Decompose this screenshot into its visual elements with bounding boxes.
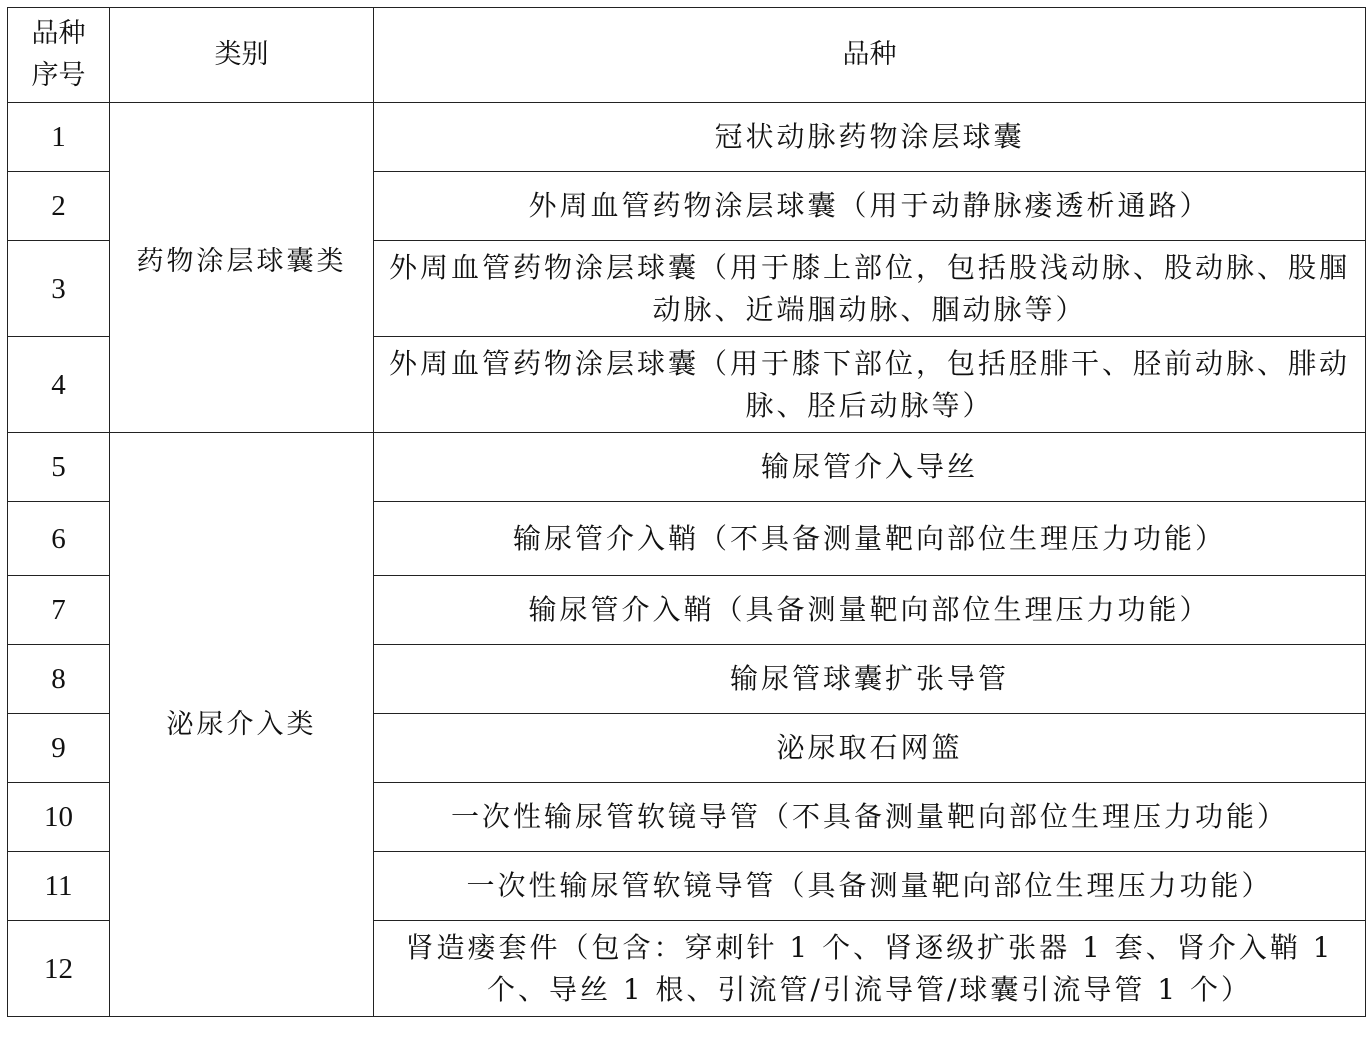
row-variety: 冠状动脉药物涂层球囊 bbox=[374, 103, 1366, 172]
category-cell-drug-coated-balloon: 药物涂层球囊类 bbox=[110, 103, 374, 433]
row-variety: 外周血管药物涂层球囊（用于膝上部位，包括股浅动脉、股动脉、股腘动脉、近端腘动脉、… bbox=[374, 241, 1366, 337]
row-seq: 7 bbox=[8, 576, 110, 645]
header-seq: 品种序号 bbox=[8, 8, 110, 103]
header-row: 品种序号 类别 品种 bbox=[8, 8, 1366, 103]
row-seq: 5 bbox=[8, 433, 110, 502]
category-cell-urology-intervention: 泌尿介入类 bbox=[110, 433, 374, 1017]
row-variety: 外周血管药物涂层球囊（用于膝下部位，包括胫腓干、胫前动脉、腓动脉、胫后动脉等） bbox=[374, 337, 1366, 433]
row-variety: 一次性输尿管软镜导管（具备测量靶向部位生理压力功能） bbox=[374, 852, 1366, 921]
row-seq: 6 bbox=[8, 502, 110, 576]
row-variety: 外周血管药物涂层球囊（用于动静脉瘘透析通路） bbox=[374, 172, 1366, 241]
table-row: 1 药物涂层球囊类 冠状动脉药物涂层球囊 bbox=[8, 103, 1366, 172]
row-variety: 输尿管介入导丝 bbox=[374, 433, 1366, 502]
row-variety: 肾造瘘套件（包含：穿刺针 1 个、肾逐级扩张器 1 套、肾介入鞘 1 个、导丝 … bbox=[374, 921, 1366, 1017]
row-variety: 一次性输尿管软镜导管（不具备测量靶向部位生理压力功能） bbox=[374, 783, 1366, 852]
row-variety: 输尿管介入鞘（不具备测量靶向部位生理压力功能） bbox=[374, 502, 1366, 576]
header-variety: 品种 bbox=[374, 8, 1366, 103]
row-variety: 输尿管球囊扩张导管 bbox=[374, 645, 1366, 714]
header-category: 类别 bbox=[110, 8, 374, 103]
row-seq: 12 bbox=[8, 921, 110, 1017]
row-seq: 9 bbox=[8, 714, 110, 783]
row-seq: 3 bbox=[8, 241, 110, 337]
variety-catalog-table: 品种序号 类别 品种 1 药物涂层球囊类 冠状动脉药物涂层球囊 2 外周血管药物… bbox=[7, 7, 1366, 1017]
category-label: 药物涂层球囊类 bbox=[137, 246, 347, 277]
header-seq-label: 品种序号 bbox=[27, 13, 91, 97]
row-seq: 11 bbox=[8, 852, 110, 921]
table-row: 5 泌尿介入类 输尿管介入导丝 bbox=[8, 433, 1366, 502]
row-seq: 8 bbox=[8, 645, 110, 714]
row-variety: 输尿管介入鞘（具备测量靶向部位生理压力功能） bbox=[374, 576, 1366, 645]
row-seq: 1 bbox=[8, 103, 110, 172]
row-seq: 2 bbox=[8, 172, 110, 241]
row-seq: 10 bbox=[8, 783, 110, 852]
row-seq: 4 bbox=[8, 337, 110, 433]
row-variety: 泌尿取石网篮 bbox=[374, 714, 1366, 783]
